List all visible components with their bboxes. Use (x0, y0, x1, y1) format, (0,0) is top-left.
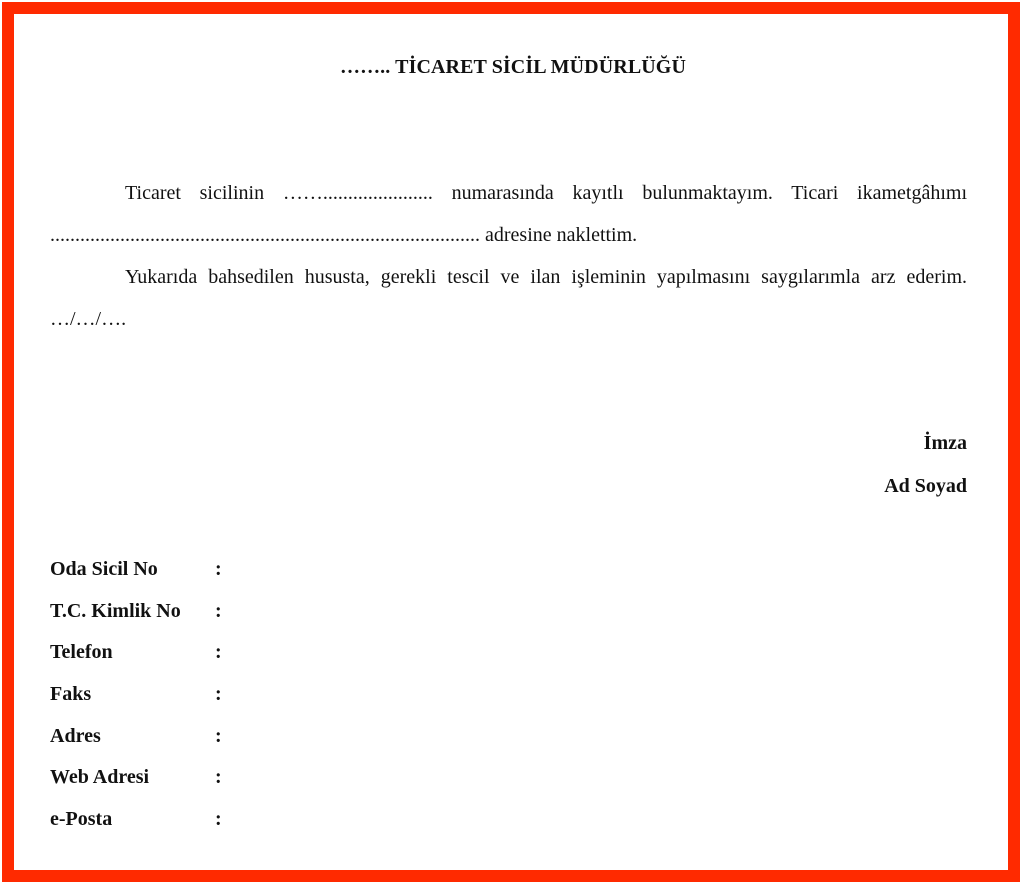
info-label: Telefon (50, 638, 113, 666)
paragraph-address-change: Ticaret sicilinin ……....................… (50, 172, 967, 256)
registry-number-blank: ……...................... (283, 182, 433, 204)
info-colon: : (215, 680, 222, 708)
document-body: Ticaret sicilinin ……....................… (50, 172, 967, 340)
info-colon: : (215, 805, 222, 833)
info-label: Faks (50, 680, 91, 708)
info-colon: : (215, 763, 222, 791)
info-colon: : (215, 597, 222, 625)
info-label: Oda Sicil No (50, 555, 158, 583)
info-colon: : (215, 722, 222, 750)
document-border-frame (2, 2, 1020, 882)
info-label: Adres (50, 722, 101, 750)
info-colon: : (215, 555, 222, 583)
paragraph-request: Yukarıda bahsedilen hususta, gerekli tes… (50, 256, 967, 340)
document-title: …….. TİCARET SİCİL MÜDÜRLÜĞÜ (0, 53, 1024, 81)
name-surname-label: Ad Soyad (884, 472, 967, 500)
info-label: T.C. Kimlik No (50, 597, 181, 625)
address-blank: ........................................… (50, 224, 480, 246)
info-label: Web Adresi (50, 763, 149, 791)
paragraph-text: Ticaret sicilinin (125, 182, 283, 204)
paragraph-text: numarasında kayıtlı bulunmaktayım. Ticar… (433, 182, 967, 204)
info-label: e-Posta (50, 805, 112, 833)
info-colon: : (215, 638, 222, 666)
paragraph-text: adresine naklettim. (480, 224, 637, 246)
signature-label: İmza (924, 429, 967, 457)
